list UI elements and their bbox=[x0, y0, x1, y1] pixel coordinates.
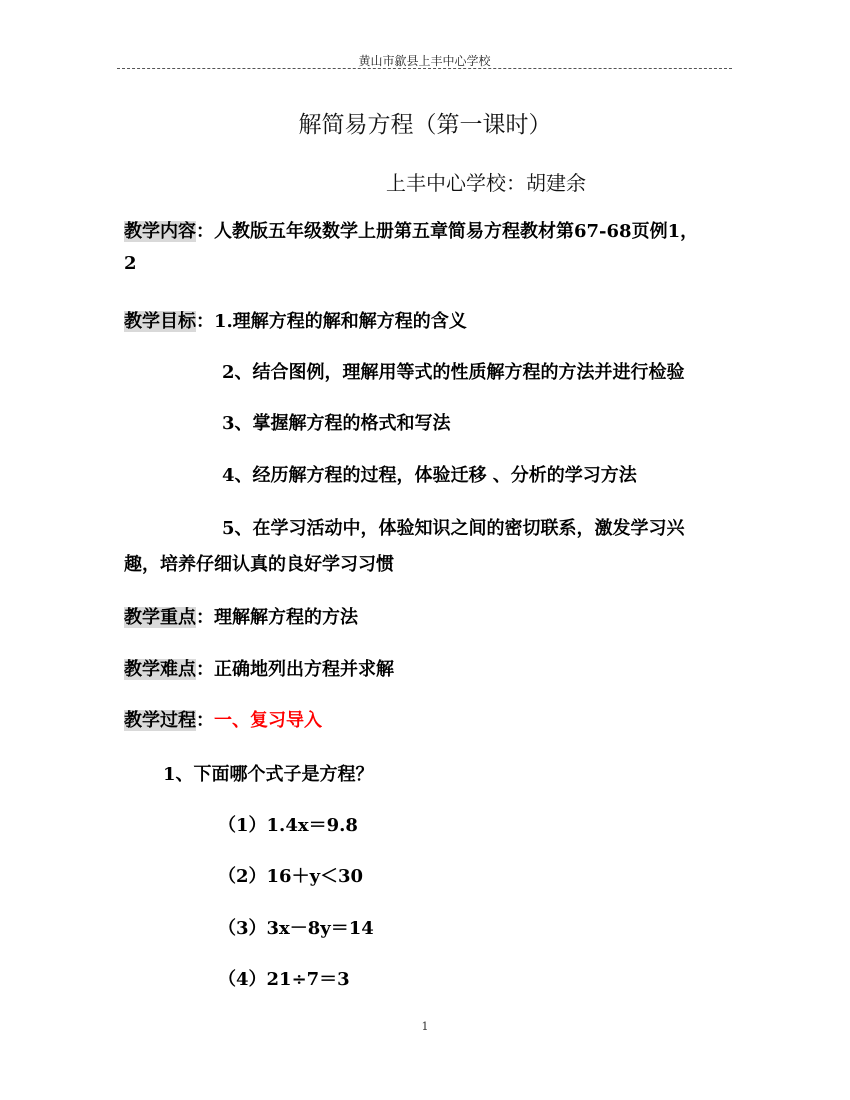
question-prompt: 1、下面哪个式子是方程？ bbox=[163, 760, 374, 786]
document-author: 上丰中心学校：胡建余 bbox=[386, 167, 586, 196]
goal-item: 2、结合图例，理解用等式的性质解方程的方法并进行检验 bbox=[222, 358, 685, 384]
section-text: 正确地列出方程并求解 bbox=[214, 659, 394, 680]
section-goals: 教学目标：1.理解方程的解和解方程的含义 bbox=[124, 307, 467, 333]
label-separator: ： bbox=[196, 710, 214, 731]
label-separator: ： bbox=[196, 607, 214, 628]
question-option: （4）21÷7＝3 bbox=[218, 965, 350, 991]
question-option: （3）3x－8y＝14 bbox=[218, 914, 374, 940]
section-label: 教学重点 bbox=[124, 607, 196, 628]
label-separator: ： bbox=[196, 221, 214, 242]
header-divider bbox=[117, 68, 732, 69]
goal-item: 3、掌握解方程的格式和写法 bbox=[222, 409, 451, 435]
section-difficulty: 教学难点：正确地列出方程并求解 bbox=[124, 655, 394, 681]
section-content-continuation: 2 bbox=[124, 253, 137, 274]
goal-item-continuation: 趣，培养仔细认真的良好学习习惯 bbox=[124, 550, 394, 576]
section-label: 教学过程 bbox=[124, 710, 196, 731]
question-option: （2）16＋y＜30 bbox=[218, 862, 363, 888]
section-text: 理解解方程的方法 bbox=[214, 607, 358, 628]
section-label: 教学目标 bbox=[124, 311, 196, 332]
section-content: 教学内容：人教版五年级数学上册第五章简易方程教材第67-68页例1， bbox=[124, 217, 698, 243]
section-key-point: 教学重点：理解解方程的方法 bbox=[124, 603, 358, 629]
page-header-school: 黄山市歙县上丰中心学校 bbox=[117, 52, 732, 69]
document-title: 解简易方程（第一课时） bbox=[0, 106, 850, 139]
section-text: 人教版五年级数学上册第五章简易方程教材第67-68页例1， bbox=[214, 221, 698, 242]
label-separator: ： bbox=[196, 659, 214, 680]
section-label: 教学难点 bbox=[124, 659, 196, 680]
label-separator: ： bbox=[196, 311, 214, 332]
goal-item: 4、经历解方程的过程，体验迁移 、分析的学习方法 bbox=[222, 461, 637, 487]
process-step-heading: 一、复习导入 bbox=[214, 710, 322, 731]
goal-item: 5、在学习活动中，体验知识之间的密切联系，激发学习兴 bbox=[222, 514, 685, 540]
section-process: 教学过程：一、复习导入 bbox=[124, 706, 322, 732]
section-label: 教学内容 bbox=[124, 221, 196, 242]
page-number: 1 bbox=[0, 1020, 850, 1033]
goal-item: 1.理解方程的解和解方程的含义 bbox=[214, 311, 467, 332]
question-option: （1）1.4x＝9.8 bbox=[218, 811, 358, 837]
